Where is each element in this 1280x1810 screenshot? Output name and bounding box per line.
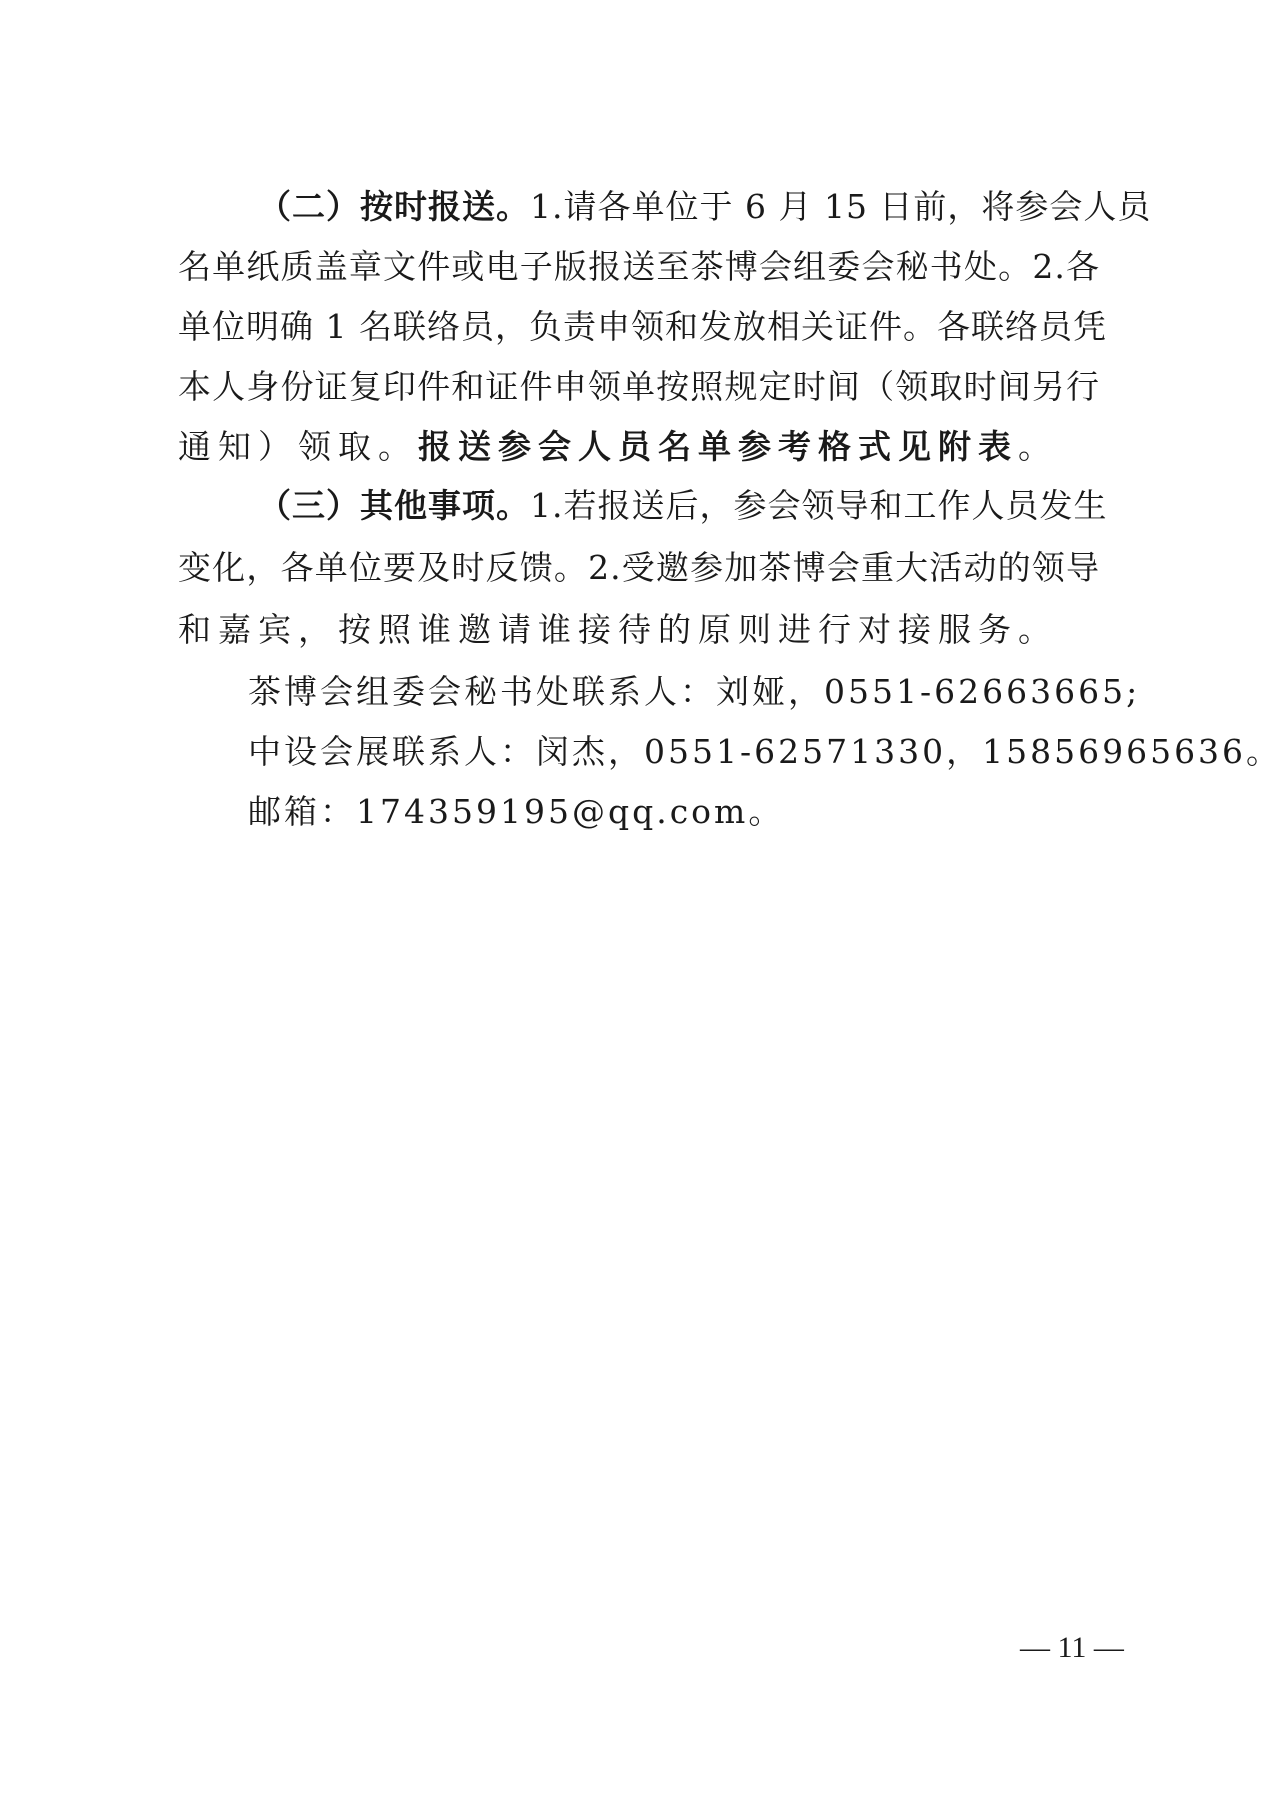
section2-line-4: 本人身份证复印件和证件申领单按照规定时间（领取时间另行 <box>178 364 1100 410</box>
contact-exhibition: 中设会展联系人：闵杰，0551-62571330，15856965636。 <box>248 729 1280 775</box>
section3-text: 1.若报送后，参会领导和工作人员发生 <box>530 486 1108 525</box>
section3-heading: （三）其他事项。 <box>258 486 530 525</box>
section2-heading: （二）按时报送。 <box>258 187 530 226</box>
section2-attachment-note: 报送参会人员名单参考格式见附表 <box>418 427 1018 466</box>
section2-line-1: （二）按时报送。1.请各单位于 6 月 15 日前，将参会人员 <box>258 184 1100 230</box>
page-number: — 11 — <box>1020 1630 1124 1666</box>
section2-line-5: 通知）领取。报送参会人员名单参考格式见附表。 <box>178 424 1058 470</box>
section3-line-1: （三）其他事项。1.若报送后，参会领导和工作人员发生 <box>258 483 1100 529</box>
section3-line-3: 和嘉宾，按照谁邀请谁接待的原则进行对接服务。 <box>178 607 1058 653</box>
section2-last-suffix: 。 <box>1018 427 1058 466</box>
contact-email: 邮箱：174359195@qq.com。 <box>248 789 784 835</box>
section3-line-2: 变化，各单位要及时反馈。2.受邀参加茶博会重大活动的领导 <box>178 545 1100 591</box>
contact-secretariat: 茶博会组委会秘书处联系人：刘娅，0551-62663665; <box>248 669 1140 715</box>
section2-line-3: 单位明确 1 名联络员，负责申领和发放相关证件。各联络员凭 <box>178 304 1100 350</box>
document-page: （二）按时报送。1.请各单位于 6 月 15 日前，将参会人员 名单纸质盖章文件… <box>0 0 1280 1810</box>
section2-text: 1.请各单位于 6 月 15 日前，将参会人员 <box>530 187 1151 226</box>
section2-line-2: 名单纸质盖章文件或电子版报送至茶博会组委会秘书处。2.各 <box>178 244 1100 290</box>
section2-last-prefix: 通知）领取。 <box>178 427 418 466</box>
